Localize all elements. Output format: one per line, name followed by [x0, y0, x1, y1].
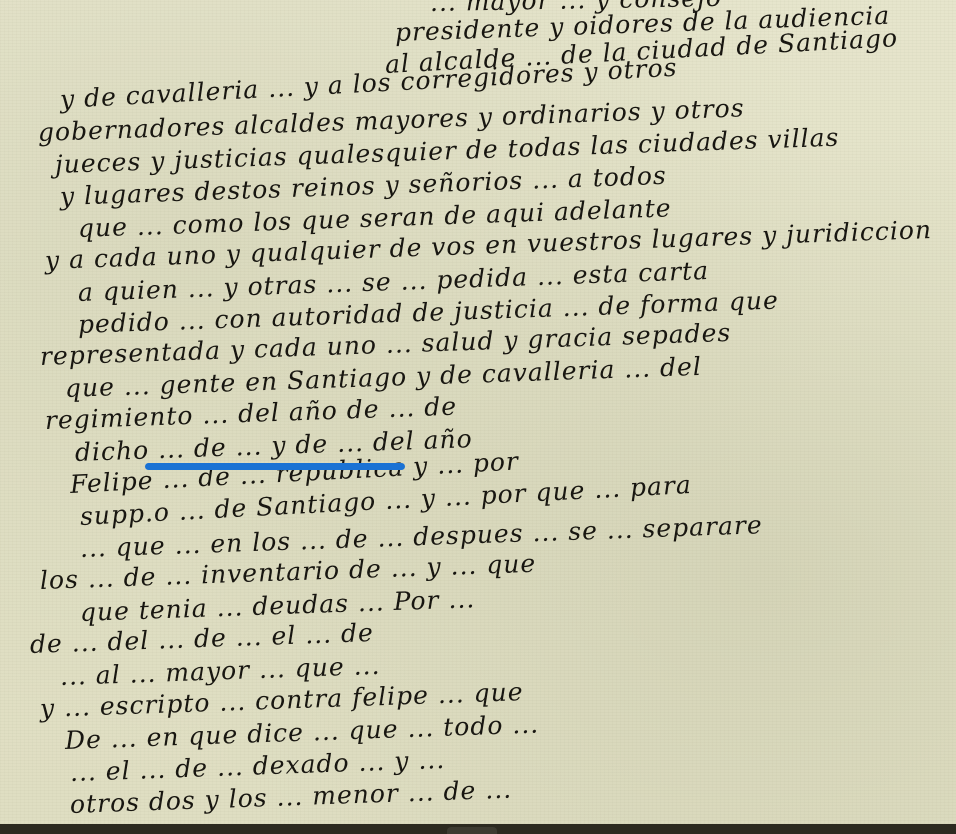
blue-underline-annotation — [145, 463, 405, 470]
manuscript-page: ... mayor ... y consejopresidente y oido… — [0, 0, 956, 824]
drag-handle[interactable] — [447, 827, 497, 834]
